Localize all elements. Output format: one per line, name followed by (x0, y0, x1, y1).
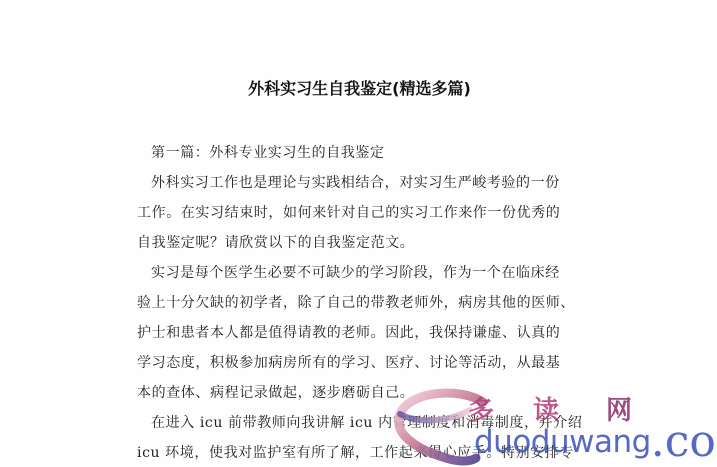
paragraph-line: 本的查体、病程记录做起，逐步磨砺自己。 (137, 378, 577, 408)
section-heading: 第一篇：外科专业实习生的自我鉴定 (137, 138, 577, 168)
paragraph-line: 自我鉴定呢？请欣赏以下的自我鉴定范文。 (137, 228, 577, 258)
paragraph-line: 工作。在实习结束时，如何来针对自己的实习工作来作一份优秀的 (137, 198, 577, 228)
paragraph-line: 外科实习工作也是理论与实践相结合，对实习生严峻考验的一份 (137, 168, 577, 198)
document-title: 外科实习生自我鉴定(精选多篇) (0, 76, 717, 99)
document-page: 外科实习生自我鉴定(精选多篇) 第一篇：外科专业实习生的自我鉴定 外科实习工作也… (0, 0, 717, 467)
document-body: 第一篇：外科专业实习生的自我鉴定 外科实习工作也是理论与实践相结合，对实习生严峻… (137, 138, 577, 467)
paragraph-line: 学习态度，积极参加病房所有的学习、医疗、讨论等活动，从最基 (137, 348, 577, 378)
watermark-url-tld: .com (651, 416, 717, 467)
paragraph-line: 实习是每个医学生必要不可缺少的学习阶段，作为一个在临床经 (137, 258, 577, 288)
watermark-char: 网 (606, 390, 632, 427)
paragraph-line: 在进入 icu 前带教师向我讲解 icu 内管理制度和消毒制度，并介绍 (137, 408, 577, 438)
document-title-text: 外科实习生自我鉴定(精选多篇) (248, 76, 471, 99)
paragraph-line: icu 环境，使我对监护室有所了解，工作起来得心应手。特别安排专 (137, 438, 577, 467)
paragraph-line: 验上十分欠缺的初学者，除了自己的带教老师外，病房其他的医师、 (137, 288, 577, 318)
paragraph-line: 护士和患者本人都是值得请教的老师。因此，我保持谦虚、认真的 (137, 318, 577, 348)
